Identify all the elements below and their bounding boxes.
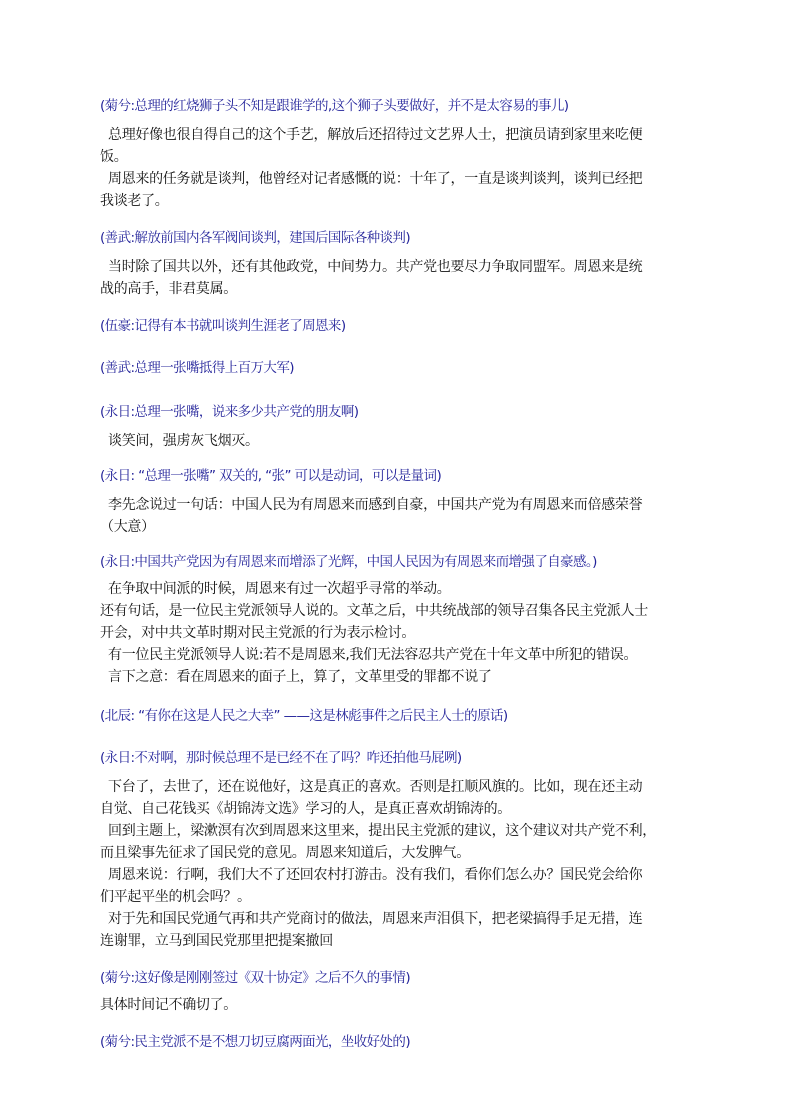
paragraph-line: 当时除了国共以外，还有其他政党，中间势力。共产党也要尽力争取同盟军。周恩来是统 xyxy=(100,256,682,278)
body-paragraph: 总理好像也很自得自己的这个手艺，解放后还招待过文艺界人士，把演员请到家里来吃便饭… xyxy=(100,124,682,212)
paragraph-line: 饭。 xyxy=(100,146,682,168)
paragraph-line: 我谈老了。 xyxy=(100,190,682,212)
paragraph-line: 周恩来的任务就是谈判，他曾经对记者感慨的说：十年了，一直是谈判谈判，谈判已经把 xyxy=(100,168,682,190)
body-paragraph: 具体时间记不确切了。 xyxy=(100,994,682,1016)
body-paragraph: 对于先和国民党通气再和共产党商讨的做法，周恩来声泪俱下，把老梁搞得手足无措，连 xyxy=(100,908,682,930)
paragraph-line: 开会，对中共文革时期对民主党派的行为表示检讨。 xyxy=(100,622,682,644)
body-paragraph: 李先念说过一句话：中国人民为有周恩来而感到自豪，中国共产党为有周恩来而倍感荣誉（… xyxy=(100,494,682,538)
paragraph-line: 总理好像也很自得自己的这个手艺，解放后还招待过文艺界人士，把演员请到家里来吃便 xyxy=(100,124,682,146)
body-paragraph: 连谢罪，立马到国民党那里把提案撤回 xyxy=(100,930,682,952)
body-paragraph: 有一位民主党派领导人说:若不是周恩来,我们无法容忍共产党在十年文革中所犯的错误。… xyxy=(100,644,682,688)
body-paragraph: 下台了，去世了，还在说他好，这是真正的喜欢。否则是扛顺风旗的。比如，现在还主动 xyxy=(100,776,682,798)
paragraph-line: 战的高手，非君莫属。 xyxy=(100,278,682,300)
annotation-comment: (永日: “总理一张嘴” 双关的, “张” 可以是动词，可以是量词) xyxy=(100,466,682,486)
paragraph-line: 具体时间记不确切了。 xyxy=(100,994,682,1016)
paragraph-line: 谈笑间，强虏灰飞烟灭。 xyxy=(100,430,682,452)
paragraph-line: 连谢罪，立马到国民党那里把提案撤回 xyxy=(100,930,682,952)
paragraph-line: 对于先和国民党通气再和共产党商讨的做法，周恩来声泪俱下，把老梁搞得手足无措，连 xyxy=(100,908,682,930)
paragraph-line: 言下之意：看在周恩来的面子上，算了，文革里受的罪都不说了 xyxy=(100,666,682,688)
paragraph-line: 有一位民主党派领导人说:若不是周恩来,我们无法容忍共产党在十年文革中所犯的错误。 xyxy=(100,644,682,666)
paragraph-line: 李先念说过一句话：中国人民为有周恩来而感到自豪，中国共产党为有周恩来而倍感荣誉 xyxy=(100,494,682,516)
annotation-comment: (永日:中国共产党因为有周恩来而增添了光辉，中国人民因为有周恩来而增强了自豪感。… xyxy=(100,552,682,572)
body-paragraph: 周恩来说：行啊，我们大不了还回农村打游击。没有我们，看你们怎么办？国民党会给你 xyxy=(100,864,682,886)
paragraph-line: 还有句话，是一位民主党派领导人说的。文革之后，中共统战部的领导召集各民主党派人士 xyxy=(100,600,682,622)
annotation-comment: (北辰: “有你在这是人民之大幸” ——这是林彪事件之后民主人士的原话) xyxy=(100,706,682,726)
body-paragraph: 还有句话，是一位民主党派领导人说的。文革之后，中共统战部的领导召集各民主党派人士… xyxy=(100,600,682,644)
body-paragraph: 当时除了国共以外，还有其他政党，中间势力。共产党也要尽力争取同盟军。周恩来是统战… xyxy=(100,256,682,300)
paragraph-line: 周恩来说：行啊，我们大不了还回农村打游击。没有我们，看你们怎么办？国民党会给你 xyxy=(100,864,682,886)
annotation-comment: (永日:总理一张嘴，说来多少共产党的朋友啊) xyxy=(100,402,682,422)
annotation-comment: (善武:解放前国内各军阀间谈判，建国后国际各种谈判) xyxy=(100,228,682,248)
annotation-comment: (菊兮:这好像是刚刚签过《双十协定》之后不久的事情) xyxy=(100,968,682,988)
body-paragraph: 回到主题上，梁漱溟有次到周恩来这里来，提出民主党派的建议，这个建议对共产党不利， xyxy=(100,820,682,842)
body-paragraph: 在争取中间派的时候，周恩来有过一次超乎寻常的举动。 xyxy=(100,578,682,600)
annotation-comment: (菊兮:民主党派不是不想刀切豆腐两面光，坐收好处的) xyxy=(100,1032,682,1052)
body-paragraph: 们平起平坐的机会吗？。 xyxy=(100,886,682,908)
paragraph-line: 回到主题上，梁漱溟有次到周恩来这里来，提出民主党派的建议，这个建议对共产党不利， xyxy=(100,820,682,842)
annotation-comment: (永日:不对啊，那时候总理不是已经不在了吗？咋还拍他马屁咧) xyxy=(100,748,682,768)
paragraph-line: 在争取中间派的时候，周恩来有过一次超乎寻常的举动。 xyxy=(100,578,682,600)
paragraph-line: 而且梁事先征求了国民党的意见。周恩来知道后，大发脾气。 xyxy=(100,842,682,864)
annotation-comment: (善武:总理一张嘴抵得上百万大军) xyxy=(100,358,682,378)
paragraph-line: 自觉、自己花钱买《胡锦涛文选》学习的人，是真正喜欢胡锦涛的。 xyxy=(100,798,682,820)
body-paragraph: 而且梁事先征求了国民党的意见。周恩来知道后，大发脾气。 xyxy=(100,842,682,864)
annotation-comment: (伍豪:记得有本书就叫谈判生涯老了周恩来) xyxy=(100,316,682,336)
body-paragraph: 自觉、自己花钱买《胡锦涛文选》学习的人，是真正喜欢胡锦涛的。 xyxy=(100,798,682,820)
body-paragraph: 谈笑间，强虏灰飞烟灭。 xyxy=(100,430,682,452)
paragraph-line: 们平起平坐的机会吗？。 xyxy=(100,886,682,908)
paragraph-line: （大意） xyxy=(100,516,682,538)
paragraph-line: 下台了，去世了，还在说他好，这是真正的喜欢。否则是扛顺风旗的。比如，现在还主动 xyxy=(100,776,682,798)
annotation-comment: (菊兮:总理的红烧狮子头不知是跟谁学的,这个狮子头要做好，并不是太容易的事儿) xyxy=(100,96,682,116)
